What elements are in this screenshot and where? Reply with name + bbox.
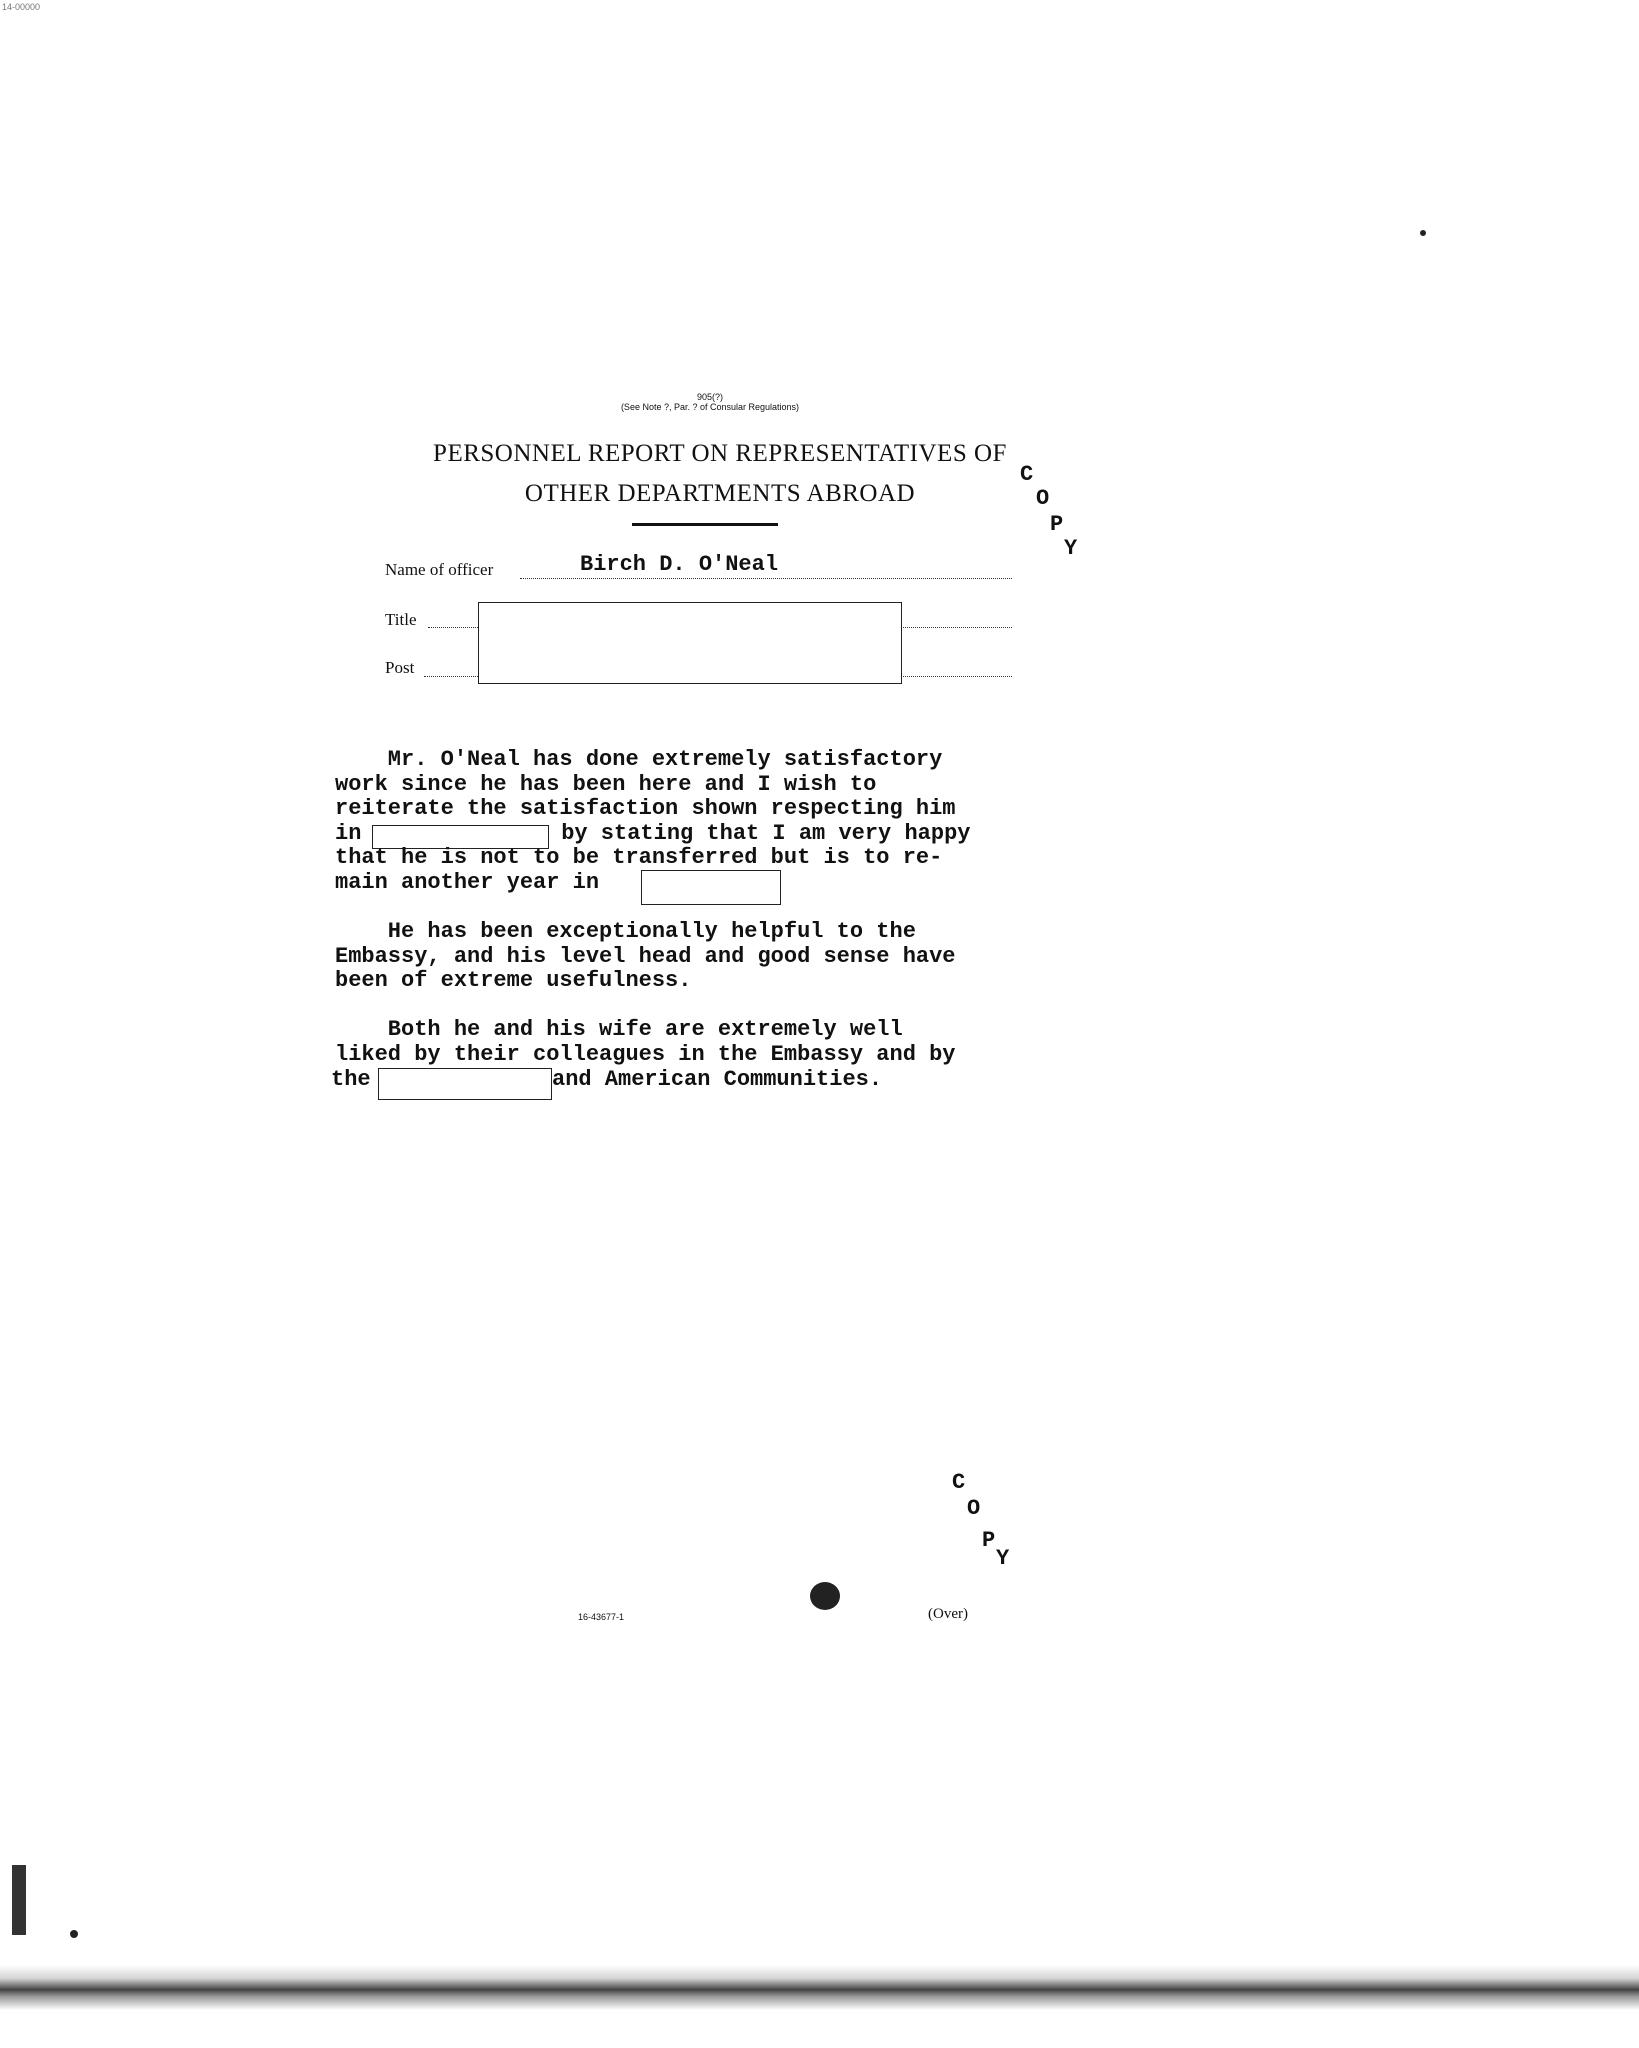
scan-bottom-edge — [0, 1965, 1639, 2010]
redaction-box-3 — [378, 1068, 552, 1100]
stamp-letter: O — [967, 1496, 980, 1521]
paragraph-2-line-1: He has been exceptionally helpful to the — [335, 920, 1055, 945]
ink-blot — [810, 1582, 840, 1610]
scan-speck — [1420, 230, 1426, 236]
paragraph-3-line-3a: the — [331, 1068, 371, 1093]
redaction-box-title-post — [478, 602, 902, 684]
redaction-box-2 — [641, 870, 781, 905]
stamp-letter: Y — [996, 1546, 1009, 1571]
paragraph-3-line-1: Both he and his wife are extremely well — [335, 1018, 1055, 1043]
paragraph-2-line-3: been of extreme usefulness. — [335, 969, 1055, 994]
paragraph-1-line-6: main another year in — [335, 871, 599, 896]
print-code: 16-43677-1 — [578, 1612, 624, 1622]
paragraph-3-line-3b: and American Communities. — [552, 1068, 882, 1093]
form-note: (See Note ?, Par. ? of Consular Regulati… — [560, 402, 860, 412]
stamp-letter: O — [1036, 486, 1049, 511]
paragraph-3-line-2: liked by their colleagues in the Embassy… — [335, 1043, 1055, 1068]
name-of-officer-value: Birch D. O'Neal — [580, 552, 778, 577]
paragraph-1-line-2: work since he has been here and I wish t… — [335, 773, 1055, 798]
post-label: Post — [385, 658, 414, 678]
stamp-letter: C — [1020, 462, 1033, 487]
paragraph-2-line-2: Embassy, and his level head and good sen… — [335, 945, 1055, 970]
scan-edge-artifact — [12, 1865, 26, 1935]
form-number: 905(?) — [560, 392, 860, 402]
paragraph-1-line-3: reiterate the satisfaction shown respect… — [335, 797, 1055, 822]
name-of-officer-label: Name of officer — [385, 560, 493, 580]
form-number-header: 905(?) (See Note ?, Par. ? of Consular R… — [560, 392, 860, 412]
over-label: (Over) — [928, 1606, 968, 1623]
scan-speck — [70, 1930, 78, 1938]
title-label: Title — [385, 610, 417, 630]
stamp-letter: P — [1050, 512, 1063, 537]
title-rule — [632, 523, 778, 526]
stamp-letter: C — [952, 1470, 965, 1495]
paragraph-1-line-5: that he is not to be transferred but is … — [335, 846, 1055, 871]
document-title: PERSONNEL REPORT ON REPRESENTATIVES OF O… — [380, 434, 1060, 514]
title-line-2: OTHER DEPARTMENTS ABROAD — [380, 474, 1060, 514]
title-line-1: PERSONNEL REPORT ON REPRESENTATIVES OF — [380, 434, 1060, 474]
stamp-letter: Y — [1064, 536, 1077, 561]
page-identifier: 14-00000 — [2, 2, 40, 12]
paragraph-1-line-4a: in — [335, 822, 361, 847]
paragraph-1-line-4b: by stating that I am very happy — [548, 822, 970, 847]
paragraph-1-line-1: Mr. O'Neal has done extremely satisfacto… — [335, 748, 1055, 773]
stamp-letter: P — [982, 1528, 995, 1553]
